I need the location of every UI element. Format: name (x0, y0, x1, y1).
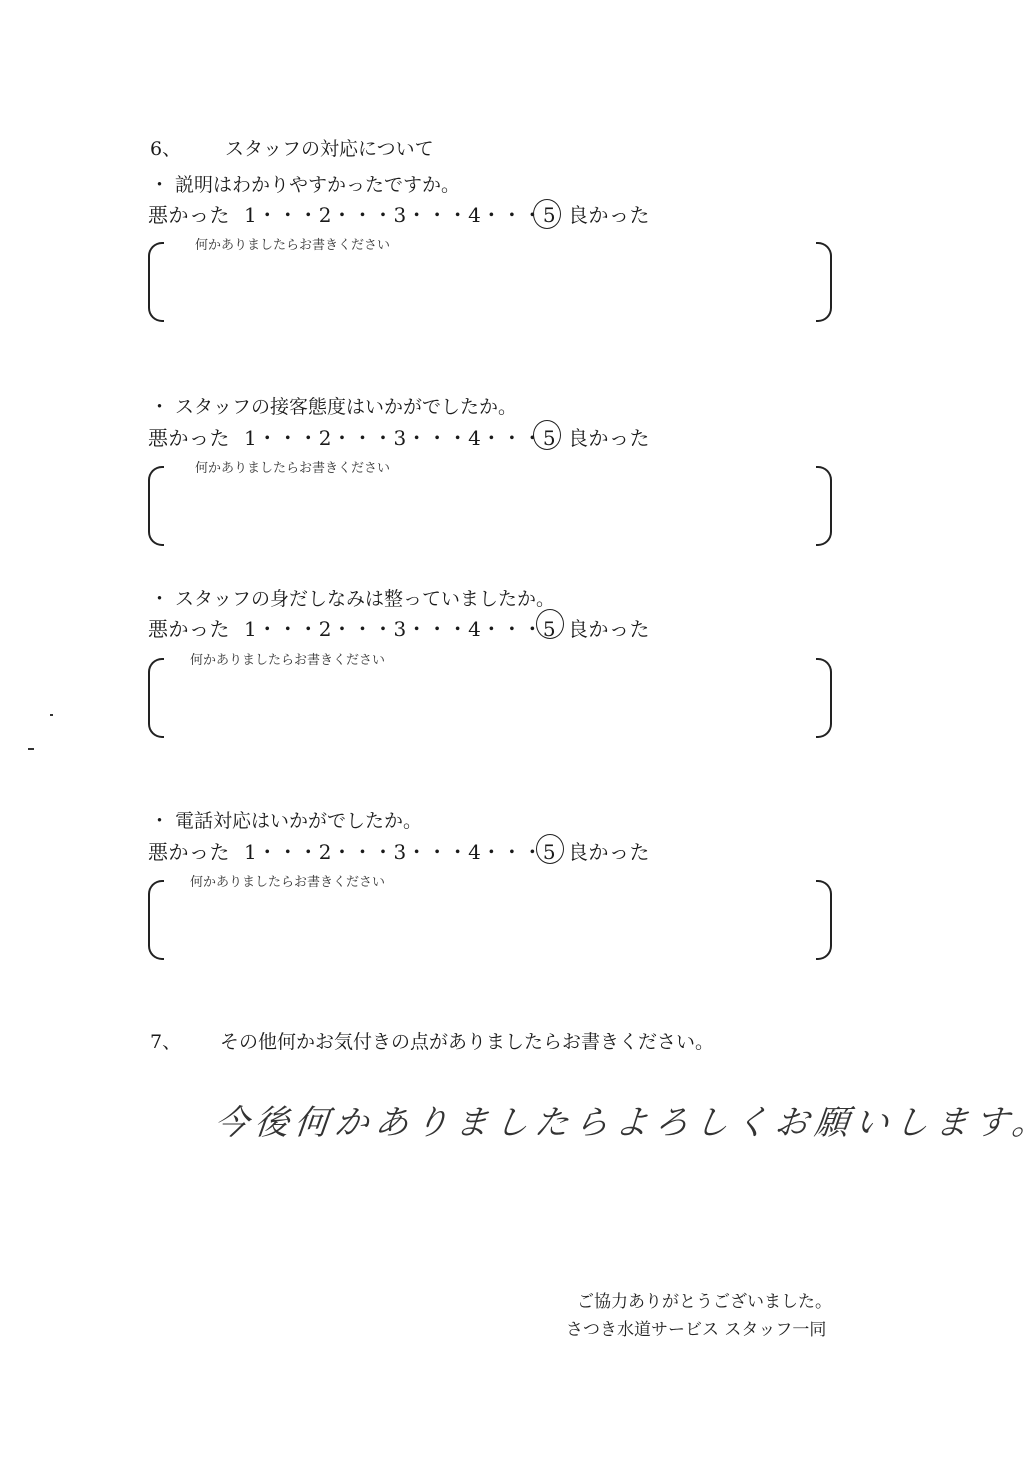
comment-box-right-bracket (816, 466, 832, 546)
question-1-text: ・ 説明はわかりやすかったですか。 (150, 170, 460, 197)
selected-rating-circle[interactable] (536, 609, 564, 639)
question-3-scale: 1・・・2・・・3・・・4・・・5 (244, 613, 556, 642)
selected-rating-circle[interactable] (533, 199, 561, 229)
section7-title: その他何かお気付きの点がありましたらお書きください。 (220, 1027, 714, 1054)
question-3-scale-left: 悪かった (148, 613, 230, 642)
comment-box-left-bracket (148, 242, 164, 322)
question-2-scale: 1・・・2・・・3・・・4・・・5 (244, 422, 556, 451)
scan-speck (28, 748, 34, 750)
selected-rating-circle[interactable] (533, 420, 561, 450)
comment-box-left-bracket (148, 880, 164, 960)
question-4-scale-left: 悪かった (148, 836, 230, 865)
section7-number: 7、 (150, 1027, 181, 1054)
question-4-text: ・ 電話対応はいかがでしたか。 (150, 806, 422, 833)
comment-box-right-bracket (816, 242, 832, 322)
scan-speck (50, 714, 53, 716)
question-2-scale-right: 良かった (568, 422, 650, 451)
selected-rating-circle[interactable] (536, 834, 564, 864)
question-2-scale-left: 悪かった (148, 422, 230, 451)
question-1-comment-area[interactable] (165, 250, 815, 316)
comment-box-left-bracket (148, 658, 164, 738)
comment-box-right-bracket (816, 880, 832, 960)
comment-box-right-bracket (816, 658, 832, 738)
question-3-scale-right: 良かった (568, 613, 650, 642)
handwritten-answer[interactable]: 今後何かありましたらよろしくお願いします。 (212, 1095, 1024, 1144)
question-1-scale-right: 良かった (568, 199, 650, 228)
comment-box-left-bracket (148, 466, 164, 546)
question-1-scale: 1・・・2・・・3・・・4・・・5 (244, 199, 556, 228)
question-1-scale-left: 悪かった (148, 199, 230, 228)
question-3-comment-area[interactable] (165, 666, 815, 732)
company-signature: さつき水道サービス スタッフ一同 (566, 1315, 826, 1340)
question-2-comment-area[interactable] (165, 474, 815, 540)
question-4-scale-right: 良かった (568, 836, 650, 865)
question-4-scale: 1・・・2・・・3・・・4・・・5 (244, 836, 556, 865)
section6-title: スタッフの対応について (225, 134, 434, 161)
question-4-comment-area[interactable] (165, 888, 815, 954)
thanks-message: ご協力ありがとうございました。 (577, 1287, 832, 1312)
question-2-text: ・ スタッフの接客態度はいかがでしたか。 (150, 392, 517, 419)
question-3-text: ・ スタッフの身だしなみは整っていましたか。 (150, 584, 555, 611)
section6-number: 6、 (150, 134, 181, 161)
